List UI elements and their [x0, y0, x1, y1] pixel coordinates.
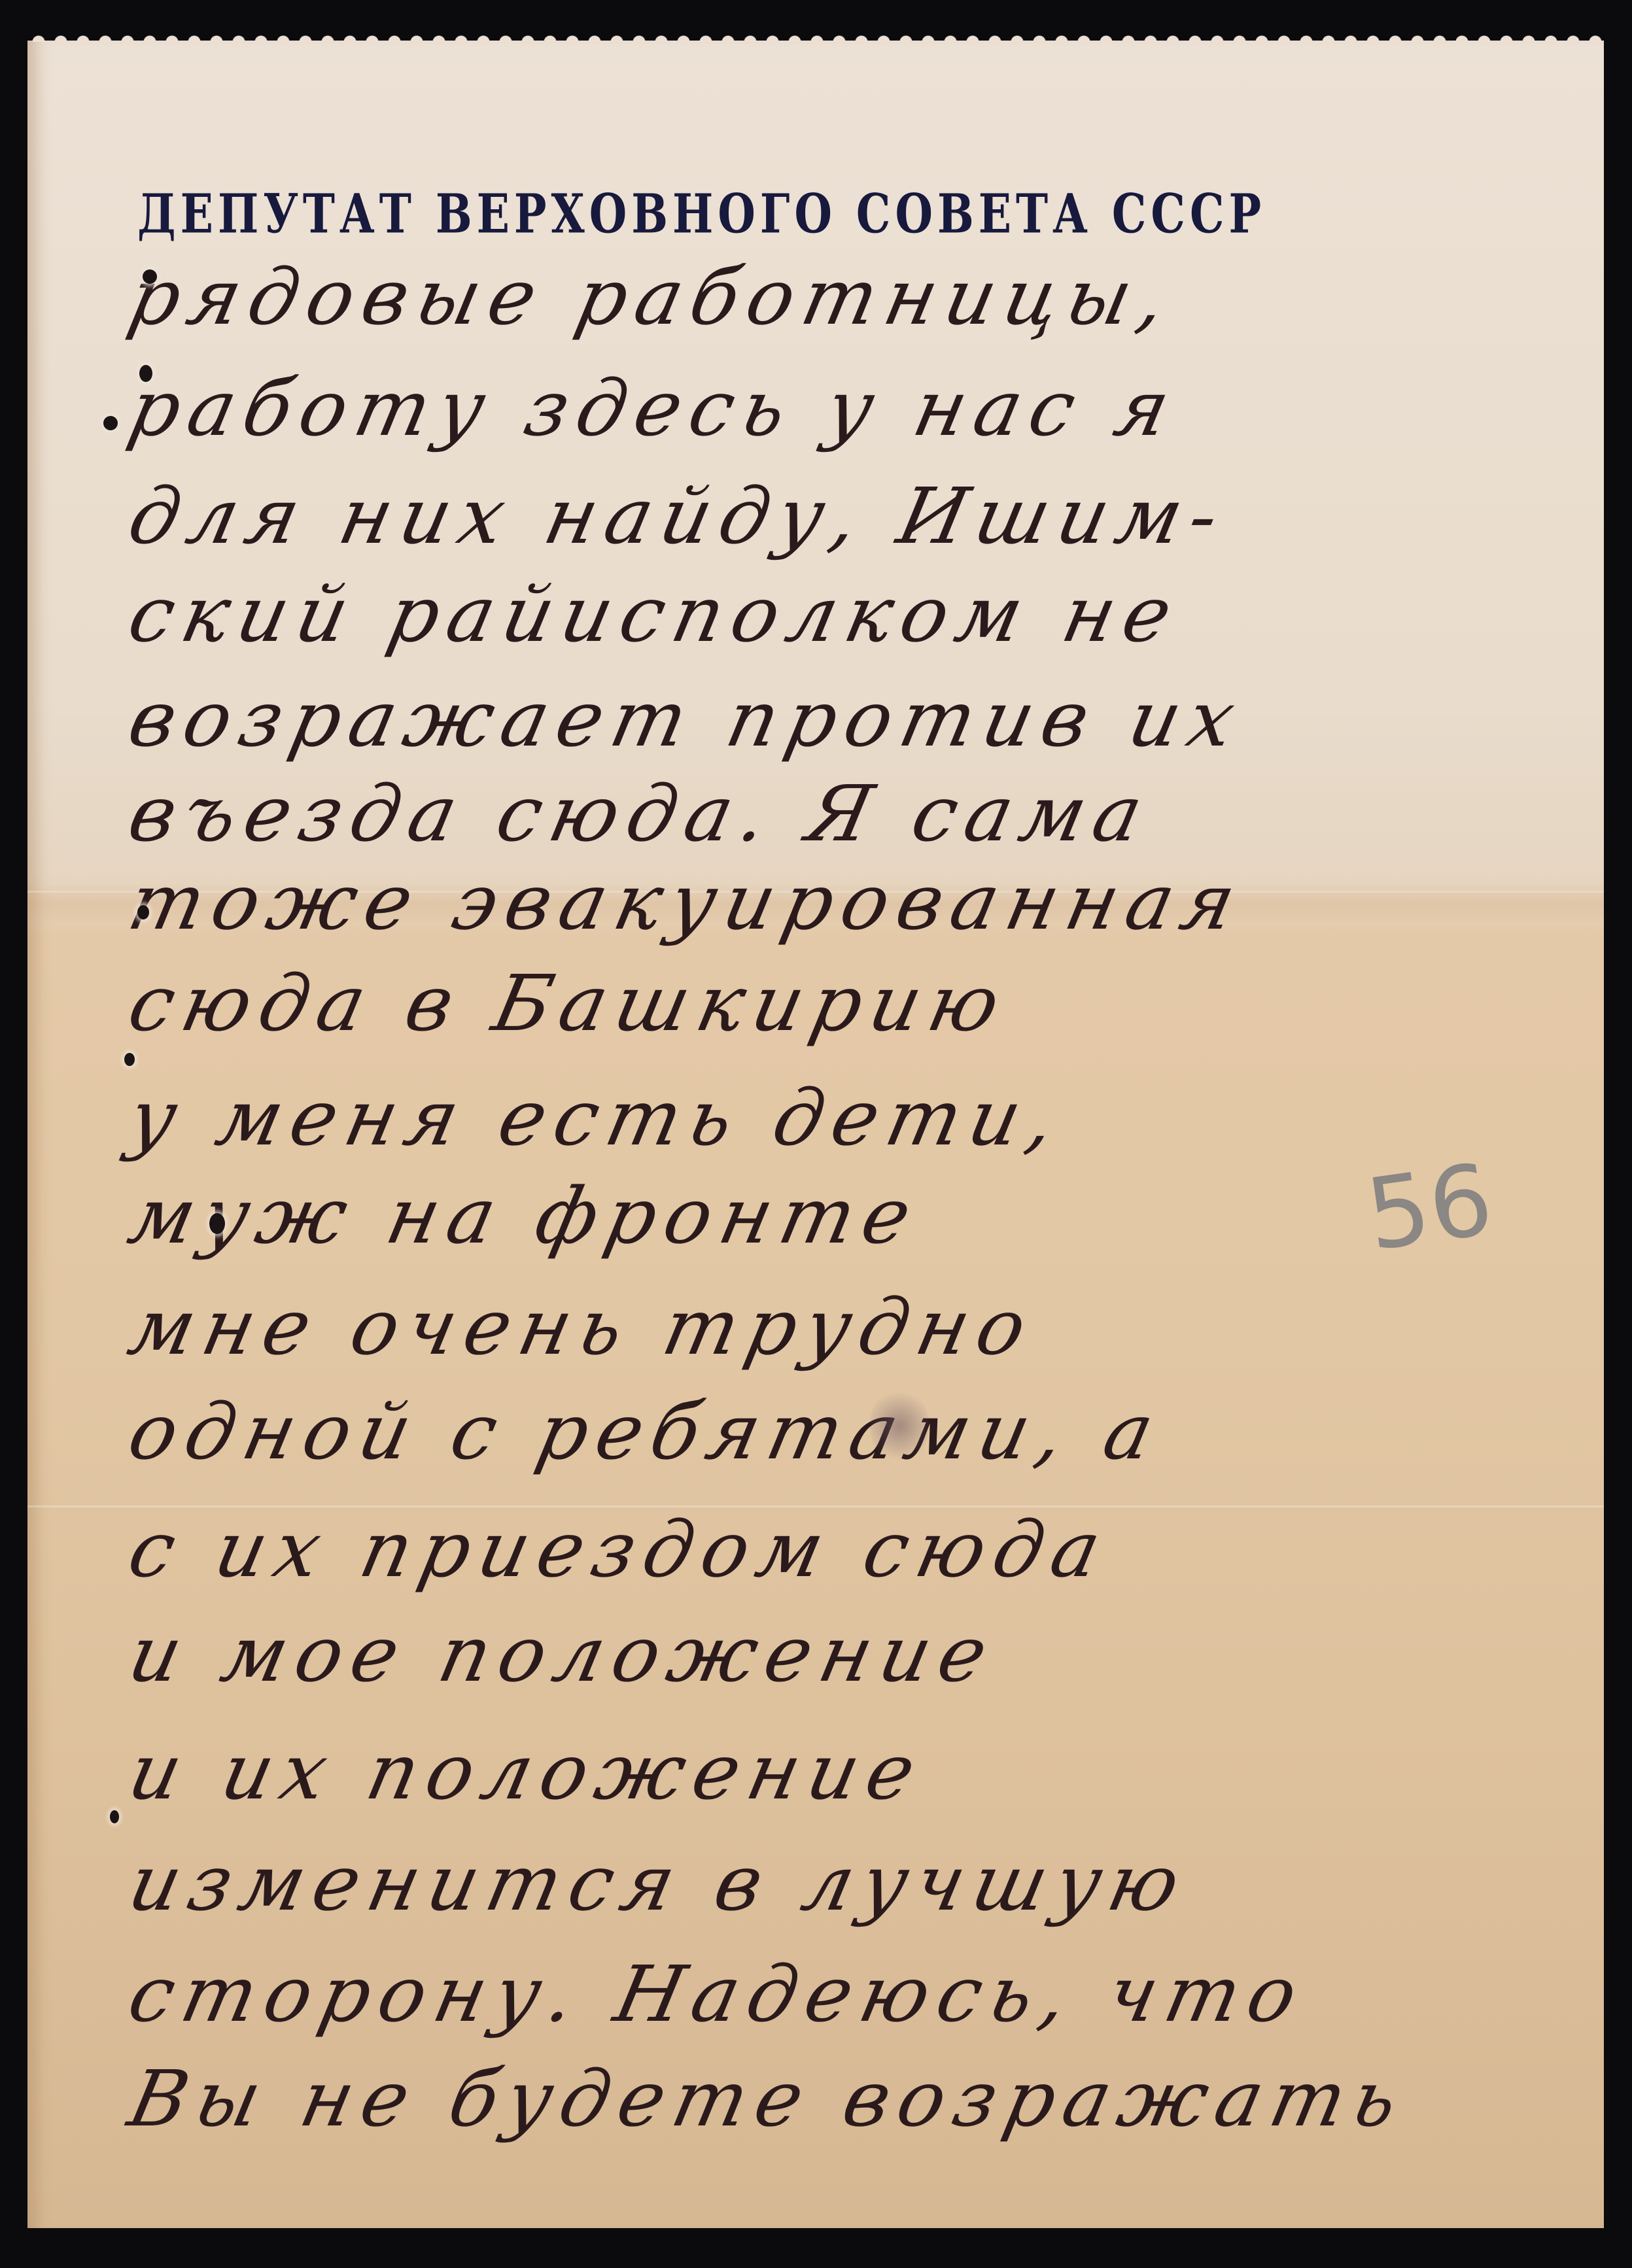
- handwritten-line: работу здесь у нас я: [121, 363, 1187, 453]
- handwritten-line: у меня есть дети,: [121, 1073, 1072, 1163]
- handwritten-line: тоже эвакуированная: [121, 857, 1252, 947]
- handwritten-line: муж на фронте: [121, 1171, 928, 1261]
- punch-hole: [209, 1213, 225, 1234]
- handwritten-line: изменится в лучшую: [121, 1838, 1196, 1928]
- handwritten-line: Вы не будете возражать: [121, 2053, 1415, 2144]
- handwritten-line: въезда сюда. Я сама: [121, 768, 1159, 859]
- handwritten-line: рядовые работницы,: [121, 252, 1183, 342]
- punch-hole: [110, 1810, 119, 1823]
- ink-stain: [870, 1386, 929, 1465]
- handwritten-line: сюда в Башкирию: [121, 958, 1016, 1048]
- handwritten-line: сторону. Надеюсь, что: [121, 1949, 1314, 2039]
- punch-hole: [103, 416, 118, 430]
- handwritten-line: возражает против их: [121, 674, 1251, 764]
- serrated-top-edge: [27, 31, 1604, 42]
- handwritten-line: для них найду, Ишим-: [121, 471, 1235, 561]
- handwritten-line: ский райисполком не: [121, 569, 1189, 659]
- handwritten-line: и их положение: [121, 1727, 932, 1817]
- punch-hole: [137, 905, 149, 919]
- handwritten-line: и мое положение: [121, 1609, 1004, 1699]
- handwritten-line: одной с ребятами, а: [121, 1386, 1170, 1477]
- punch-hole: [143, 269, 157, 284]
- letterhead-title: ДЕПУТАТ ВЕРХОВНОГО СОВЕТА СССР: [137, 182, 1511, 246]
- punch-hole: [139, 365, 152, 382]
- pencil-page-number: 56: [1360, 1143, 1499, 1273]
- handwritten-line: мне очень трудно: [121, 1282, 1043, 1372]
- punch-hole: [124, 1053, 135, 1066]
- handwritten-line: с их приездом сюда: [121, 1504, 1117, 1594]
